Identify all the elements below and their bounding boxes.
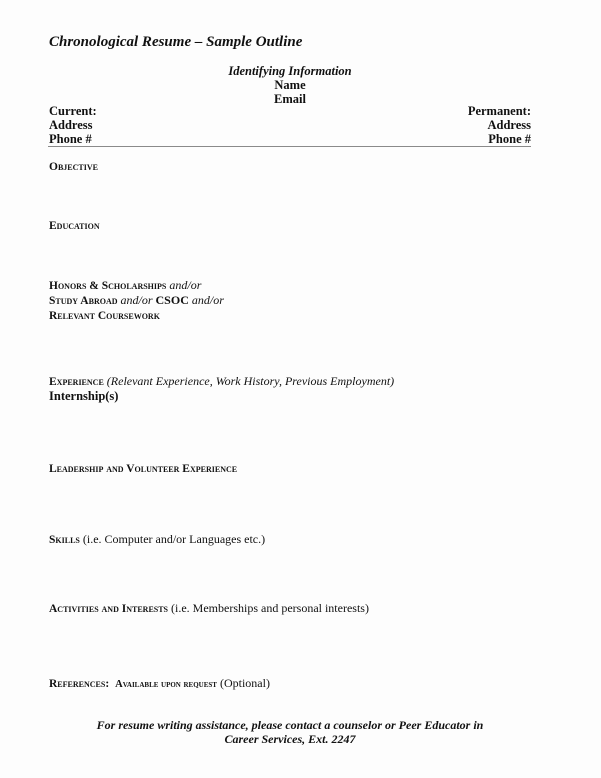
- honors-andor: and/or: [166, 278, 201, 292]
- footer-line-1: For resume writing assistance, please co…: [0, 718, 580, 732]
- leadership-heading: Leadership and Volunteer Experience: [49, 463, 237, 475]
- objective-heading: Objective: [49, 161, 98, 173]
- section-leadership: Leadership and Volunteer Experience: [49, 461, 237, 476]
- section-honors: Honors & Scholarships and/or Study Abroa…: [49, 278, 224, 323]
- honors-heading: Honors & Scholarships: [49, 280, 166, 292]
- footer-line-2: Career Services, Ext. 2247: [0, 732, 580, 746]
- activities-note: (i.e. Memberships and personal interests…: [168, 601, 369, 615]
- permanent-contact: Permanent: Address Phone #: [468, 104, 531, 146]
- study-abroad-andor: and/or: [118, 293, 156, 307]
- current-label: Current:: [49, 104, 97, 118]
- section-references: References: Available upon request (Opti…: [49, 676, 270, 692]
- experience-note: (Relevant Experience, Work History, Prev…: [104, 374, 394, 388]
- permanent-label: Permanent:: [468, 104, 531, 118]
- current-address: Address: [49, 118, 97, 132]
- permanent-address: Address: [468, 118, 531, 132]
- document-title: Chronological Resume – Sample Outline: [49, 34, 302, 51]
- references-heading: References:: [49, 678, 109, 690]
- skills-heading: Skills: [49, 534, 80, 546]
- coursework-heading: Relevant Coursework: [49, 310, 160, 322]
- header-divider: [48, 146, 531, 147]
- study-abroad-heading: Study Abroad: [49, 295, 118, 307]
- experience-heading: Experience: [49, 376, 104, 388]
- current-contact: Current: Address Phone #: [49, 104, 97, 146]
- section-activities: Activities and Interests (i.e. Membershi…: [49, 601, 369, 616]
- references-value: Available upon request: [115, 679, 217, 690]
- section-education: Education: [49, 218, 100, 233]
- section-experience: Experience (Relevant Experience, Work Hi…: [49, 374, 394, 403]
- current-phone: Phone #: [49, 132, 97, 146]
- csoc-andor: and/or: [189, 293, 224, 307]
- footer-note: For resume writing assistance, please co…: [0, 718, 580, 746]
- section-objective: Objective: [49, 159, 98, 174]
- education-heading: Education: [49, 220, 100, 232]
- activities-heading: Activities and Interests: [49, 603, 168, 615]
- csoc-heading: CSOC: [156, 293, 189, 307]
- section-skills: Skills (i.e. Computer and/or Languages e…: [49, 532, 265, 547]
- references-note: (Optional): [217, 676, 270, 690]
- internships-subheading: Internship(s): [49, 389, 394, 403]
- permanent-phone: Phone #: [468, 132, 531, 146]
- identifying-info-heading: Identifying Information: [0, 64, 580, 79]
- name-placeholder: Name: [0, 78, 580, 93]
- skills-note: (i.e. Computer and/or Languages etc.): [80, 532, 265, 546]
